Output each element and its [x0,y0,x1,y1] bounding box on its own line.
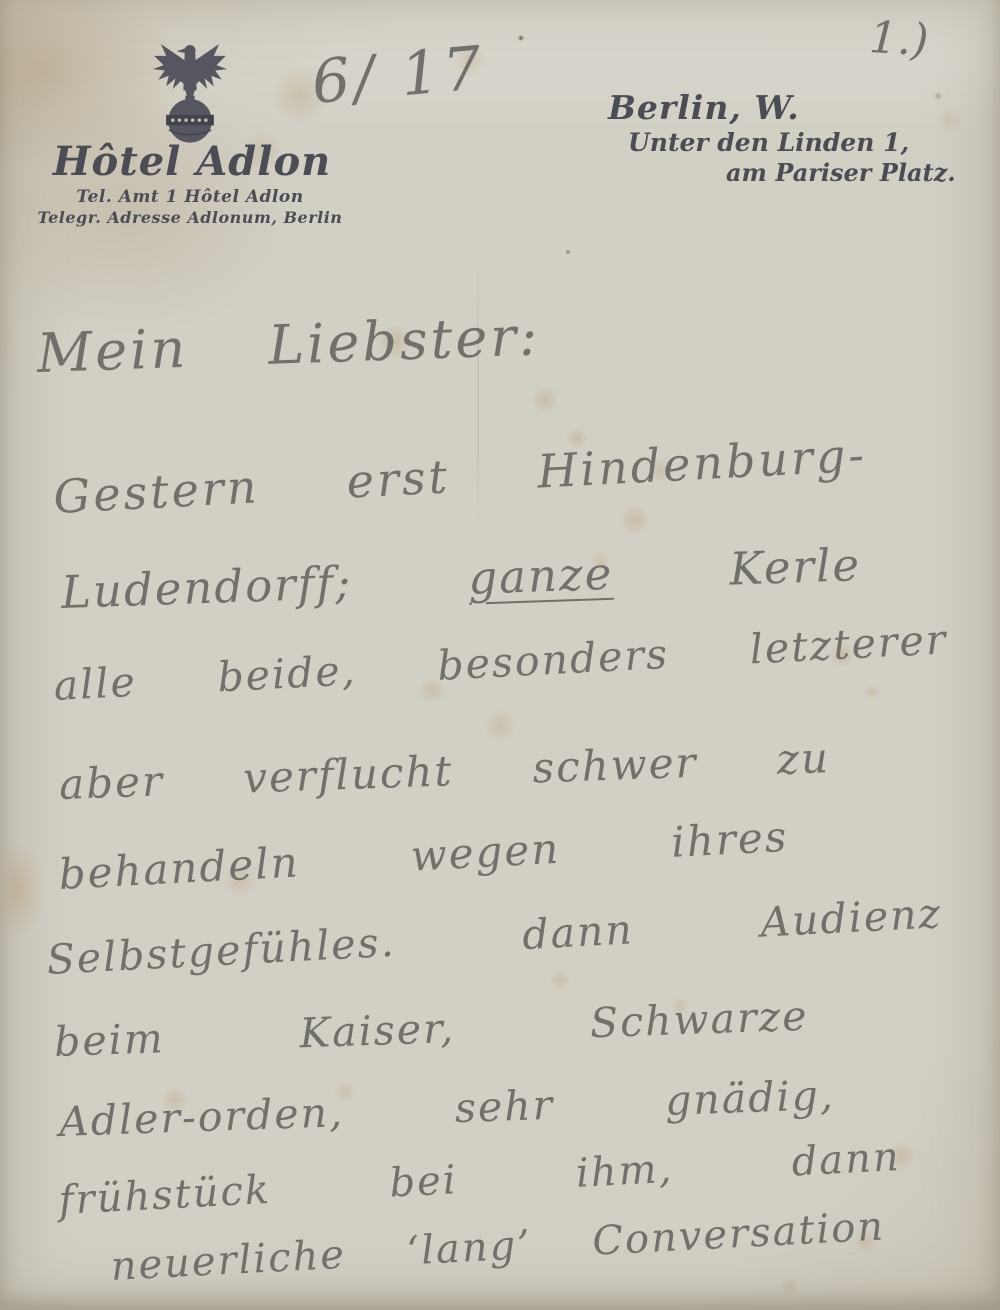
body-line-2-pre: Ludendorff; [60,552,469,619]
letterhead-street: Unter den Linden 1, [628,128,909,157]
body-line-1: Gestern erst Hindenburg- [52,427,868,524]
handwritten-page-number: 1.) [868,12,930,66]
hotel-adlon-eagle-emblem [148,40,232,146]
body-line-7: beim Kaiser, Schwarze [53,992,809,1066]
body-line-8: Adler-orden, sehr gnädig, [58,1071,835,1146]
salutation-line: Mein Liebster: [36,304,541,385]
letterhead-telegraph-line: Telegr. Adresse Adlonum, Berlin [30,208,350,227]
body-line-10: neuerliche ‘lang’ Conversation [110,1203,887,1290]
letter-page: Hôtel Adlon Tel. Amt 1 Hôtel Adlon Teleg… [0,0,1000,1310]
handwritten-date: 6/ 17 [309,33,488,118]
body-line-2: Ludendorff; ganze Kerle [60,538,862,619]
letterhead-telephone-line: Tel. Amt 1 Hôtel Adlon [48,187,332,207]
body-line-2-post: Kerle [612,538,862,600]
body-line-5: behandeln wegen ihres [57,812,789,899]
letterhead-city: Berlin, W. [608,88,800,127]
body-line-4: aber verflucht schwer zu [58,733,830,809]
body-line-3: alle beide, besonders letzterer [52,615,948,710]
letterhead-square: am Pariser Platz. [726,158,956,187]
body-line-6: Selbstgefühles. dann Audienz [45,889,943,984]
body-line-2-underlined-word: ganze [467,547,614,605]
hotel-name: Hôtel Adlon [52,138,332,185]
